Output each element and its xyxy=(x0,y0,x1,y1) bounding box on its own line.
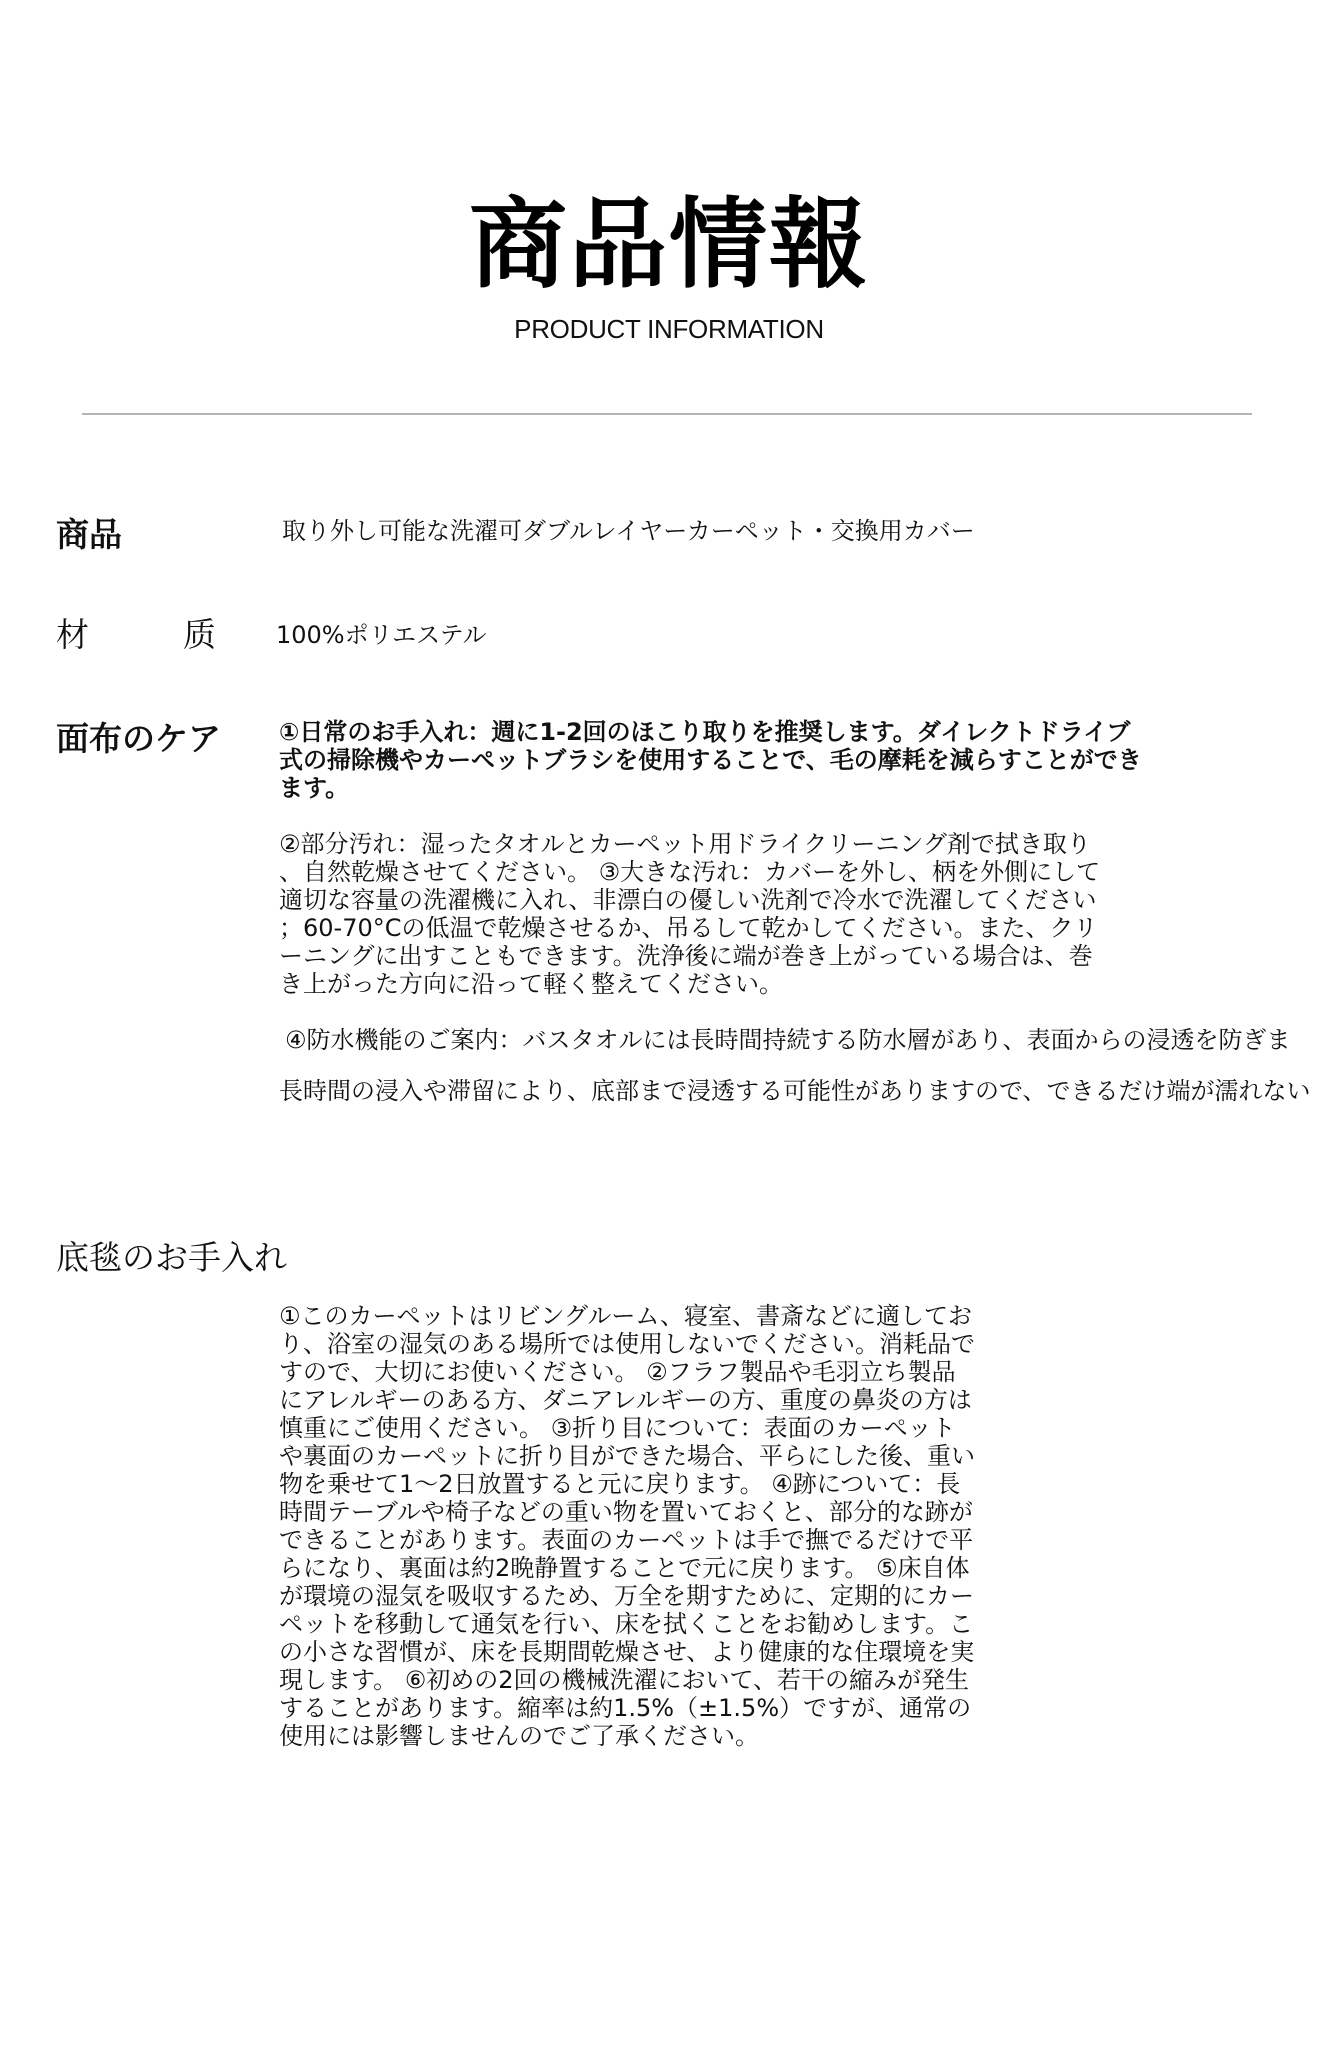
bottom-care-title: 底毯のお手入れ xyxy=(56,1232,287,1279)
fabric-care-item-2-3: ②部分汚れ：湿ったタオルとカーペット用ドライクリーニング剤で拭き取り 、自然乾燥… xyxy=(279,830,1100,998)
fabric-care-item-1: ①日常のお手入れ：週に1-2回のほこり取りを推奨します。ダイレクトドライブ 式の… xyxy=(279,718,1142,802)
page-title: 商品情報 xyxy=(0,196,1338,294)
page-subtitle: PRODUCT INFORMATION xyxy=(0,314,1338,345)
bottom-care-body: ①このカーペットはリビングルーム、寝室、書斎などに適してお り、浴室の湿気のある… xyxy=(279,1302,975,1750)
spec-label-product: 商品 xyxy=(56,518,122,551)
fabric-care-label: 面布のケア xyxy=(56,722,221,755)
spec-value-material: 100%ポリエステル xyxy=(276,621,486,650)
spec-label-material: 材 质 xyxy=(56,618,216,651)
fabric-care-item-4-line-2: 長時間の浸入や滞留により、底部まで浸透する可能性がありますので、できるだけ端が濡… xyxy=(279,1077,1311,1105)
spec-value-product: 取り外し可能な洗濯可ダブルレイヤーカーペット・交換用カバー xyxy=(282,517,975,546)
spec-label-material-char2: 质 xyxy=(183,618,216,651)
fabric-care-item-4-line-1: ④防水機能のご案内：バスタオルには長時間持続する防水層があり、表面からの浸透を防… xyxy=(285,1026,1291,1054)
spec-label-material-char1: 材 xyxy=(56,618,89,651)
divider xyxy=(82,413,1252,415)
